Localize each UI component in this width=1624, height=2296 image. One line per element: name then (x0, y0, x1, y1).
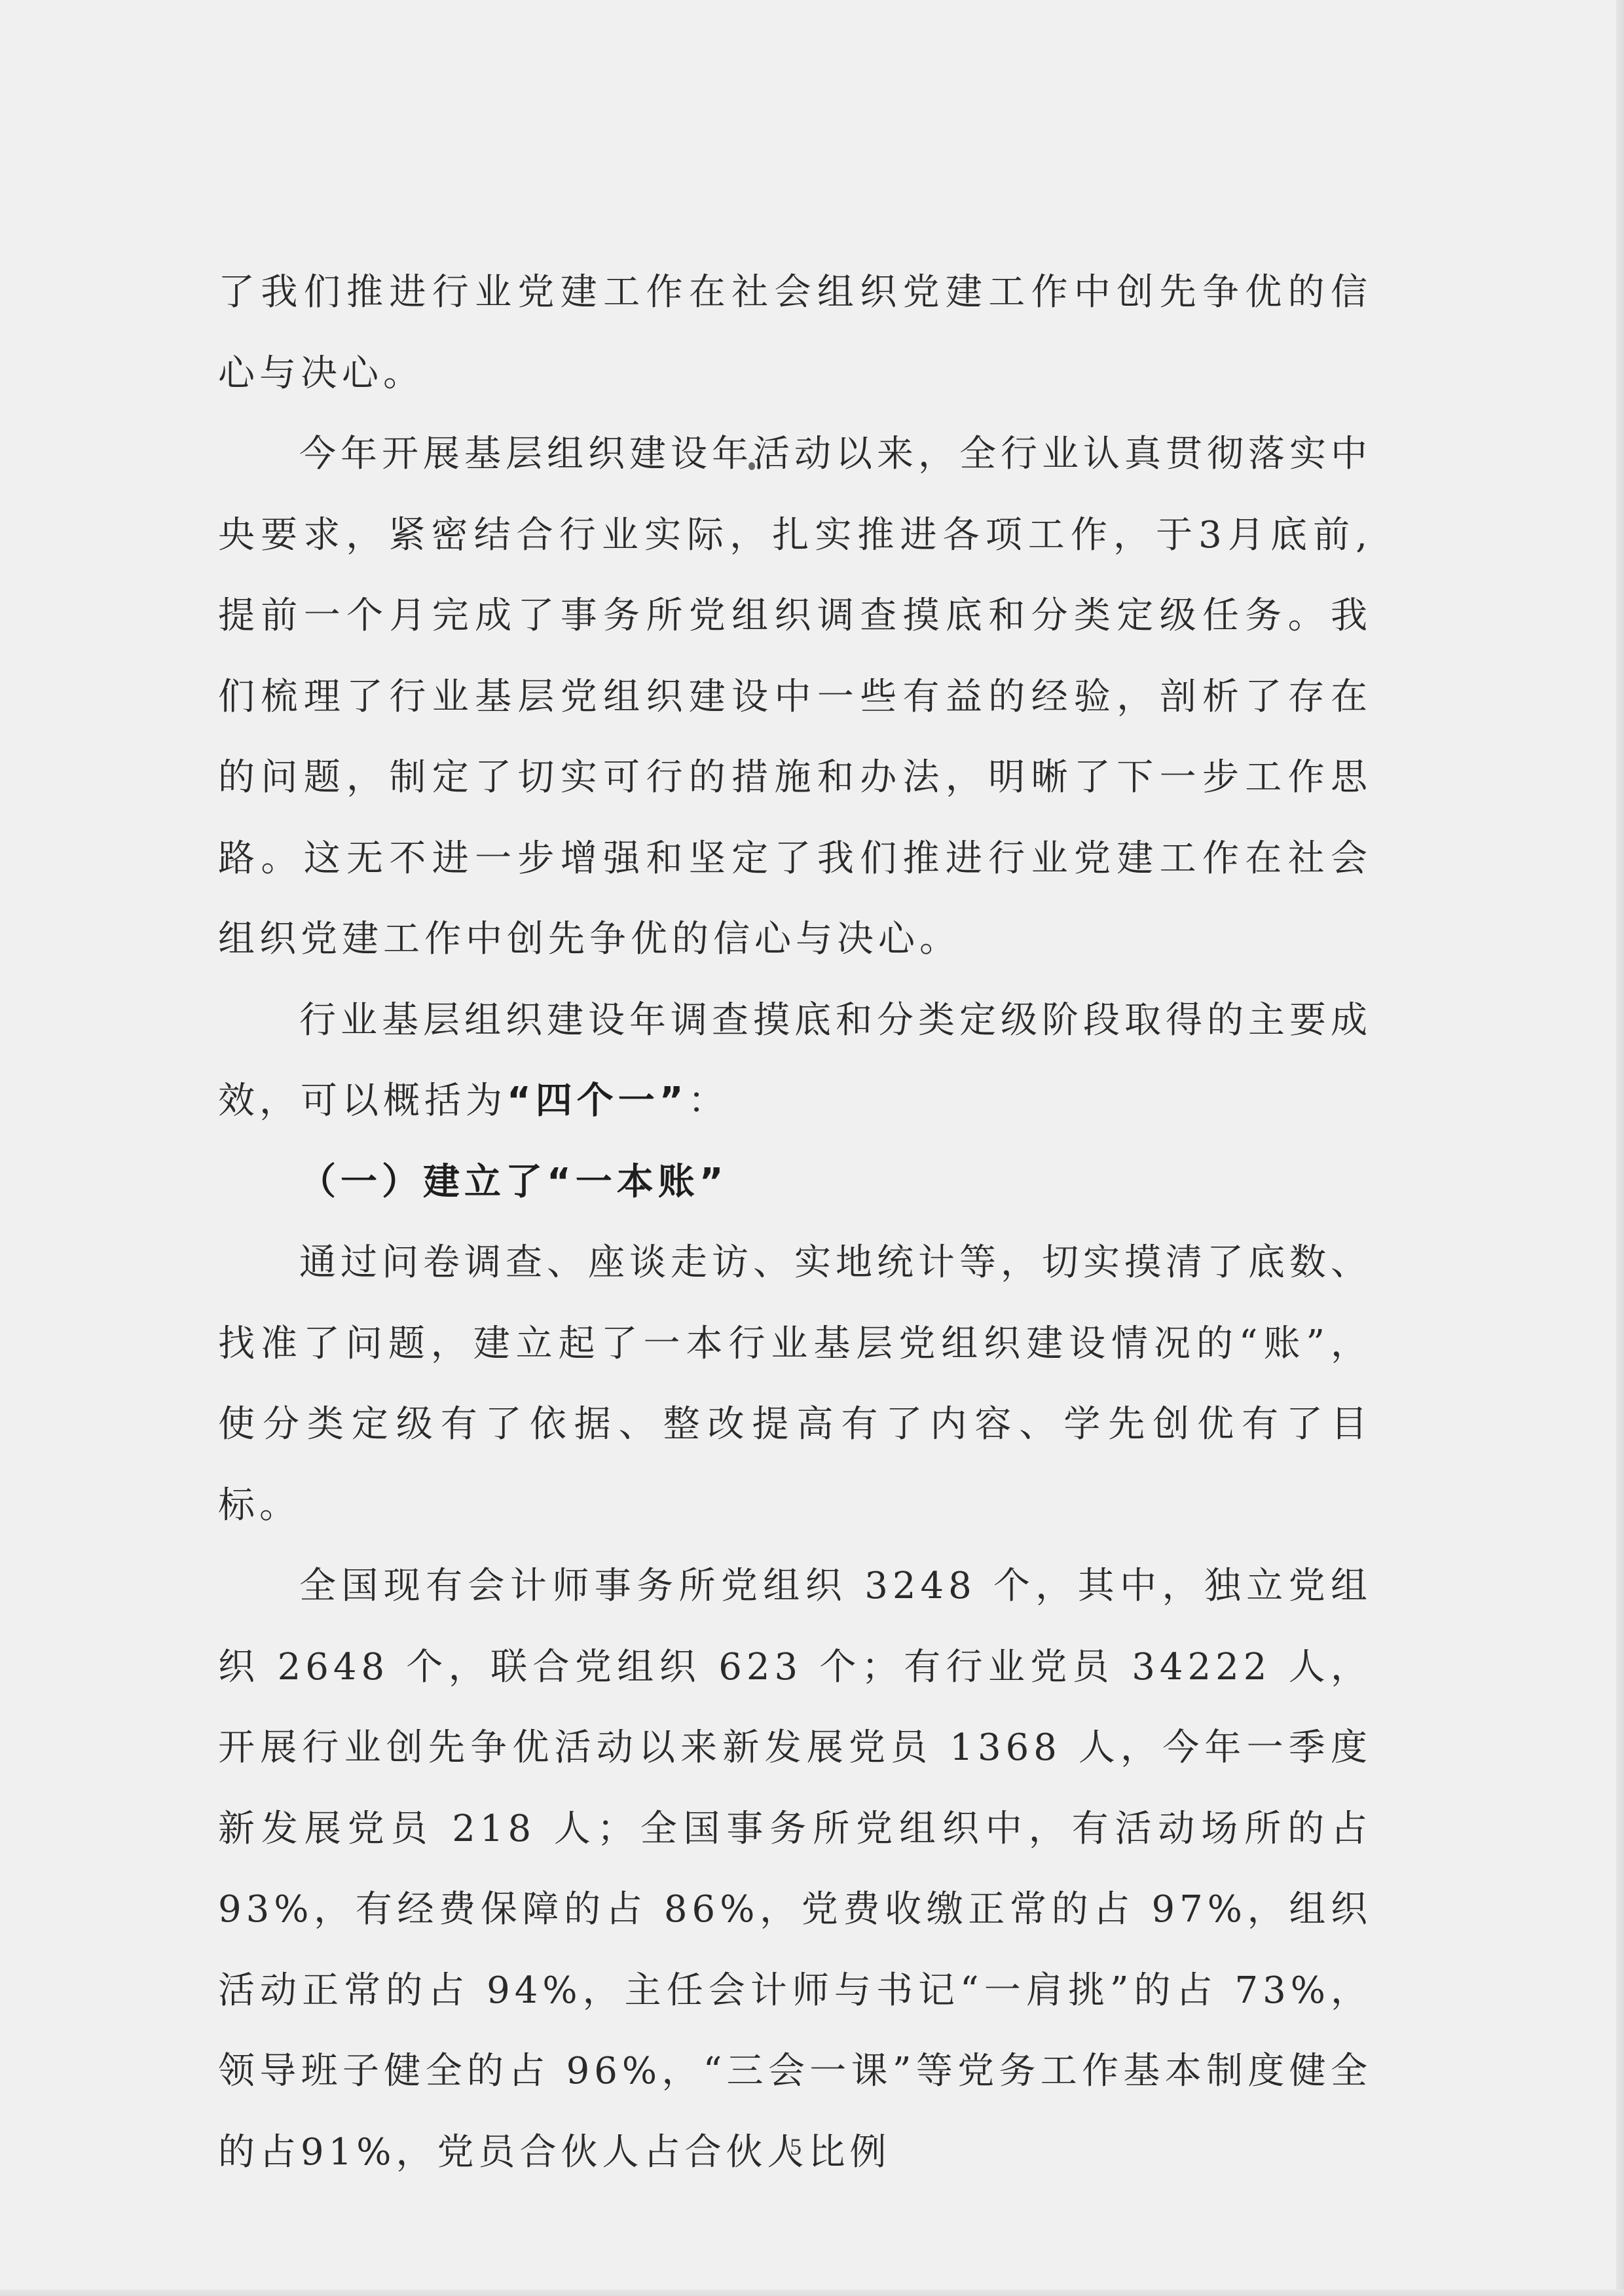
four-ones-emphasis: “四个一” (507, 1080, 688, 1122)
page-number: 5 (786, 2133, 805, 2160)
document-page: 了我们推进行业党建工作在社会组织党建工作中创先争优的信心与决心。 今年开展基层组… (0, 0, 1624, 2296)
scan-edge-bottom (0, 2289, 1624, 2296)
paragraph-four-achievements-intro: 行业基层组织建设年调查摸底和分类定级阶段取得的主要成效，可以概括为“四个一”： (218, 980, 1372, 1142)
section-heading-one-ledger: （一）建立了“一本账” (218, 1142, 1372, 1223)
intro-colon: ： (688, 1080, 729, 1122)
scan-edge-right (1616, 0, 1624, 2296)
paragraph-continuation: 了我们推进行业党建工作在社会组织党建工作中创先争优的信心与决心。 (218, 252, 1372, 414)
paragraph-national-statistics: 全国现有会计师事务所党组织 3248 个，其中，独立党组织 2648 个，联合党… (218, 1546, 1372, 2193)
paragraph-ledger-description: 通过问卷调查、座谈走访、实地统计等，切实摸清了底数、找准了问题，建立起了一本行业… (218, 1222, 1372, 1546)
document-body: 了我们推进行业党建工作在社会组织党建工作中创先争优的信心与决心。 今年开展基层组… (218, 252, 1372, 2193)
paragraph-progress-summary: 今年开展基层组织建设年活动以来，全行业认真贯彻落实中央要求，紧密结合行业实际，扎… (218, 414, 1372, 980)
intro-text: 行业基层组织建设年调查摸底和分类定级阶段取得的主要成效，可以概括为 (218, 999, 1372, 1123)
